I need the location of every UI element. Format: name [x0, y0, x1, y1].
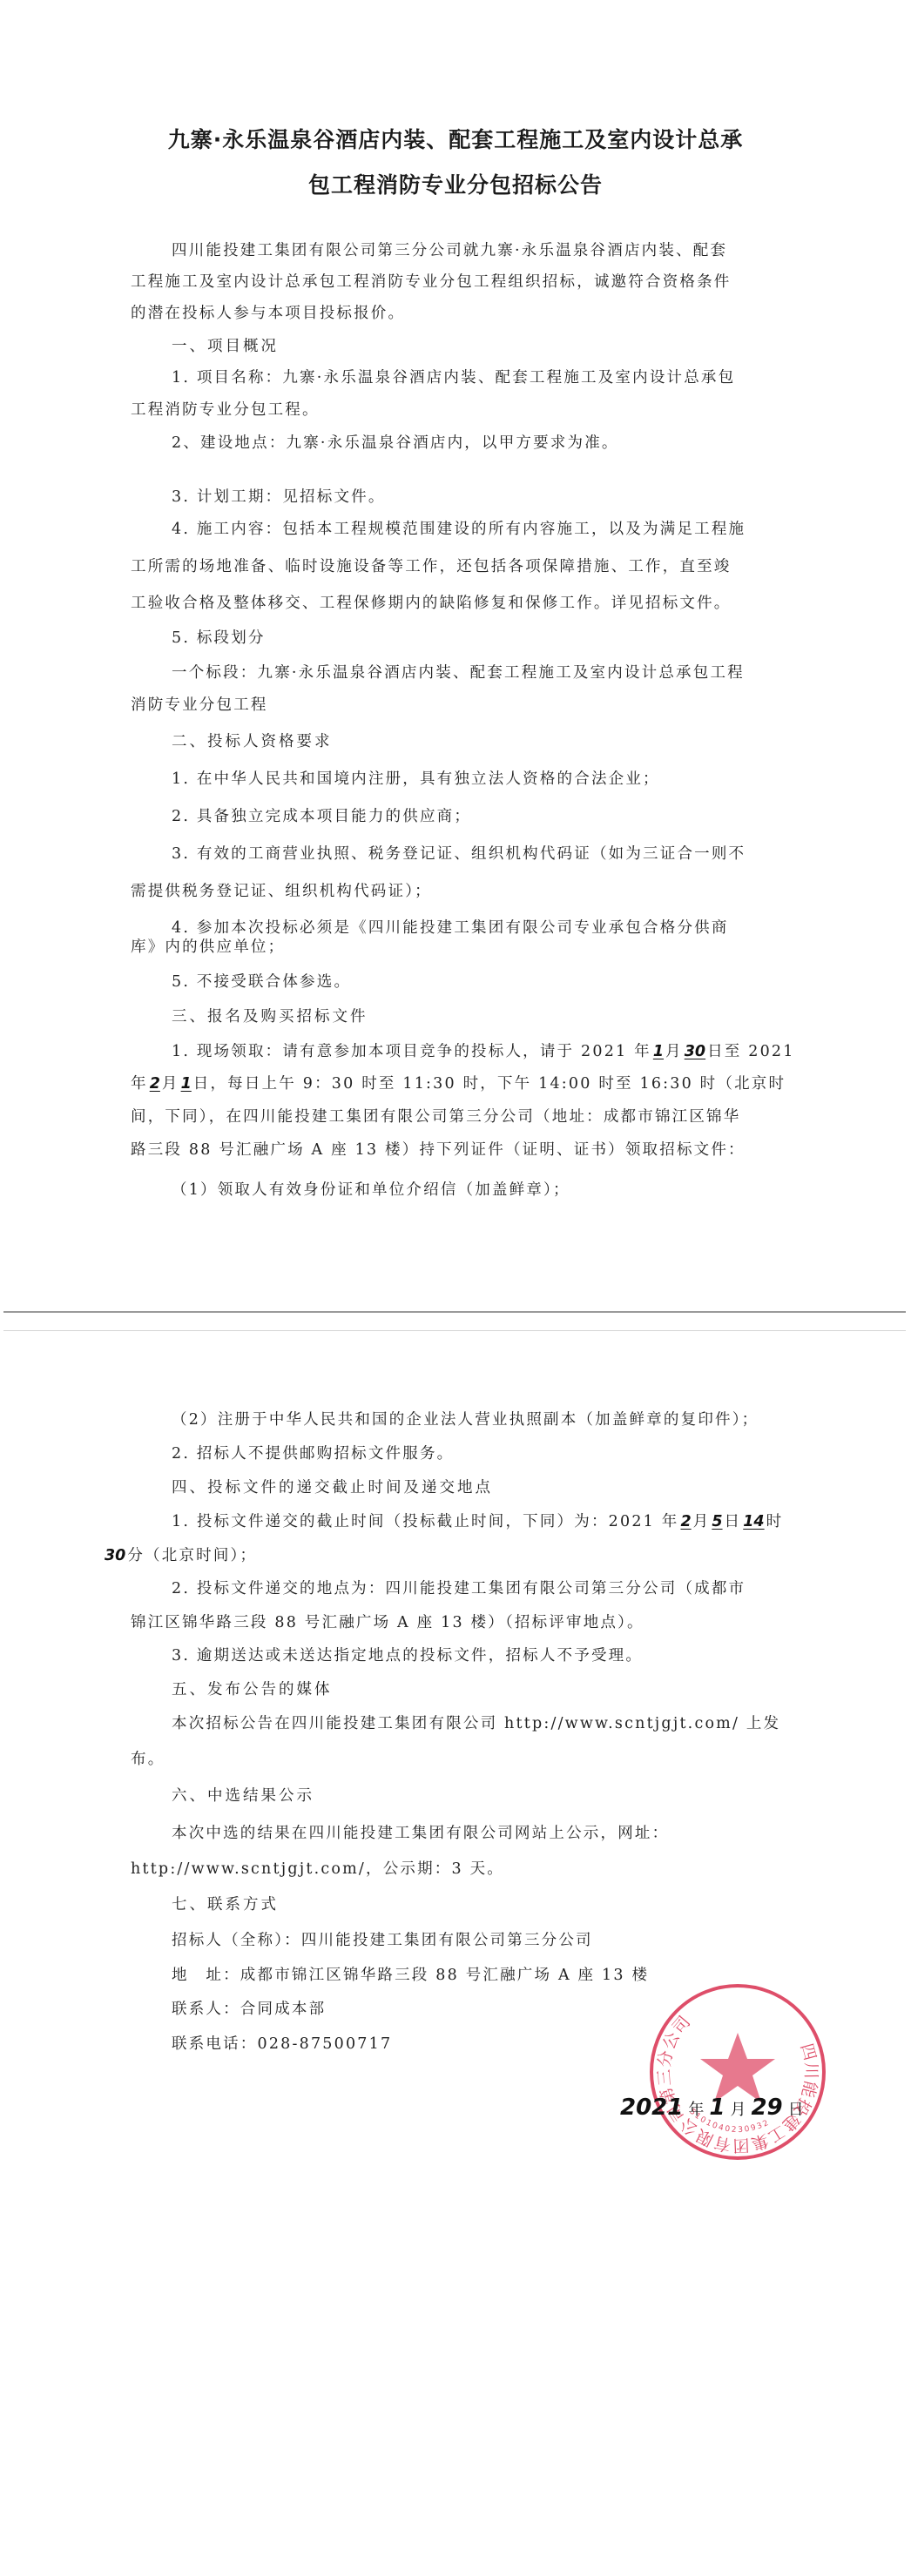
intro-line-1: 四川能投建工集团有限公司第三分公司就九寨·永乐温泉谷酒店内装、配套 [172, 240, 727, 261]
handwritten-year: 2021 [620, 2095, 683, 2121]
section-5-line-1: 本次招标公告在四川能投建工集团有限公司 http://www.scntjgjt.… [172, 1713, 780, 1734]
section-1-line: 消防专业分包工程 [131, 695, 268, 716]
section-3-item-1-line-1: 1. 现场领取：请有意参加本项目竞争的投标人，请于 2021 年1月30日至 2… [172, 1041, 795, 1062]
section-2-heading: 二、投标人资格要求 [172, 731, 333, 752]
handwritten-deadline-hour: 14 [741, 1513, 766, 1530]
section-3-item-2: 2. 招标人不提供邮购招标文件服务。 [172, 1443, 454, 1464]
section-1-line: 工所需的场地准备、临时设施设备等工作，还包括各项保障措施、工作，直至竣 [131, 556, 732, 577]
year-label: 年 [131, 1075, 148, 1093]
intro-line-2: 工程施工及室内设计总承包工程消防专业分包工程组织招标，诚邀符合资格条件 [131, 272, 732, 293]
handwritten-deadline-month: 2 [678, 1513, 692, 1530]
handwritten-month: 1 [709, 2095, 725, 2121]
section-3-heading: 三、报名及购买招标文件 [172, 1006, 368, 1027]
section-3-item-1-text: 日，每日上午 9：30 时至 11:30 时，下午 14:00 时至 16:30… [193, 1075, 786, 1093]
day-label: 日 [788, 2101, 804, 2119]
section-3-item-1-line-4: 路三段 88 号汇融广场 A 座 13 楼）持下列证件（证明、证书）领取招标文件… [131, 1140, 746, 1160]
section-1-line: 2、建设地点：九寨·永乐温泉谷酒店内，以甲方要求为准。 [172, 433, 619, 454]
contact-address: 地 址：成都市锦江区锦华路三段 88 号汇融广场 A 座 13 楼 [172, 1965, 649, 1986]
section-1-line: 4. 施工内容：包括本工程规模范围建设的所有内容施工，以及为满足工程施 [172, 519, 746, 540]
contact-person: 联系人：合同成本部 [172, 1999, 326, 2020]
document-page-1: 九寨·永乐温泉谷酒店内装、配套工程施工及室内设计总承 包工程消防专业分包招标公告… [0, 0, 911, 1306]
section-4-item-1-text: 1. 投标文件递交的截止时间（投标截止时间，下同）为：2021 年 [172, 1513, 678, 1530]
handwritten-day-start: 30 [683, 1043, 707, 1060]
handwritten-month-end: 2 [148, 1075, 162, 1093]
month-label: 月 [162, 1075, 179, 1093]
contact-tenderer: 招标人（全称）：四川能投建工集团有限公司第三分公司 [172, 1930, 593, 1951]
signature-date: 2021年1月29日 [620, 2095, 809, 2123]
month-label: 月 [693, 1513, 711, 1530]
section-2-line: 库》内的供应单位； [131, 937, 285, 958]
contact-phone: 联系电话：028-87500717 [172, 2034, 392, 2055]
handwritten-deadline-day: 5 [710, 1513, 724, 1530]
section-4-item-1-line-2: 30分（北京时间）； [103, 1545, 257, 1566]
month-label: 月 [665, 1043, 683, 1060]
section-3-item-1-line-2: 年2月1日，每日上午 9：30 时至 11:30 时，下午 14:00 时至 1… [131, 1073, 786, 1094]
section-1-line: 1. 项目名称：九寨·永乐温泉谷酒店内装、配套工程施工及室内设计总承包 [172, 367, 735, 388]
section-4-heading: 四、投标文件的递交截止时间及递交地点 [172, 1477, 493, 1498]
handwritten-day: 29 [751, 2095, 782, 2121]
month-label: 月 [730, 2101, 746, 2119]
section-1-line: 工验收合格及整体移交、工程保修期内的缺陷修复和保修工作。详见招标文件。 [131, 593, 732, 614]
handwritten-month-start: 1 [651, 1043, 665, 1060]
section-4-item-3: 3. 逾期送达或未送达指定地点的投标文件，招标人不予受理。 [172, 1645, 643, 1666]
section-2-line: 3. 有效的工商营业执照、税务登记证、组织机构代码证（如为三证合一则不 [172, 844, 746, 864]
section-6-heading: 六、中选结果公示 [172, 1786, 314, 1806]
section-6-line-2: http://www.scntjgjt.com/，公示期：3 天。 [131, 1859, 504, 1880]
section-1-line: 5. 标段划分 [172, 628, 266, 649]
section-3-item-1-sub-1: （1）领取人有效身份证和单位介绍信（加盖鲜章）； [172, 1180, 570, 1201]
document-title-line-1: 九寨·永乐温泉谷酒店内装、配套工程施工及室内设计总承 [0, 127, 911, 153]
document-title-line-2: 包工程消防专业分包招标公告 [0, 172, 911, 198]
section-3-item-1-text: 日至 2021 [707, 1043, 795, 1060]
section-2-line: 需提供税务登记证、组织机构代码证）； [131, 881, 432, 902]
section-1-line: 3. 计划工期：见招标文件。 [172, 487, 386, 508]
section-5-line-2: 布。 [131, 1749, 165, 1770]
section-4-item-1-line-1: 1. 投标文件递交的截止时间（投标截止时间，下同）为：2021 年2月5日14时 [172, 1511, 783, 1532]
page-separator-shadow [3, 1330, 906, 1331]
section-4-item-1-text: 分（北京时间）； [127, 1547, 257, 1564]
section-4-item-2-line-2: 锦江区锦华路三段 88 号汇融广场 A 座 13 楼）（招标评审地点）。 [131, 1612, 644, 1633]
section-6-line-1: 本次中选的结果在四川能投建工集团有限公司网站上公示，网址： [172, 1823, 669, 1844]
section-2-line: 4. 参加本次投标必须是《四川能投建工集团有限公司专业承包合格分供商 [172, 918, 729, 938]
section-4-item-2-line-1: 2. 投标文件递交的地点为：四川能投建工集团有限公司第三分公司（成都市 [172, 1578, 746, 1599]
day-label: 日 [725, 1513, 742, 1530]
handwritten-deadline-minute: 30 [103, 1547, 127, 1564]
section-2-line: 2. 具备独立完成本项目能力的供应商； [172, 806, 471, 827]
section-2-line: 5. 不接受联合体参选。 [172, 972, 351, 992]
section-2-line: 1. 在中华人民共和国境内注册，具有独立法人资格的合法企业； [172, 769, 660, 790]
year-label: 年 [688, 2101, 704, 2119]
section-1-line: 一个标段：九寨·永乐温泉谷酒店内装、配套工程施工及室内设计总承包工程 [172, 662, 745, 683]
official-seal-stamp-icon: 四川能投建工集团有限公司第三分公司 5101040230932 [648, 1982, 827, 2162]
handwritten-day-end: 1 [179, 1075, 193, 1093]
section-7-heading: 七、联系方式 [172, 1894, 279, 1915]
section-3-item-1-text: 1. 现场领取：请有意参加本项目竞争的投标人，请于 2021 年 [172, 1043, 651, 1060]
section-1-heading: 一、项目概况 [172, 336, 279, 357]
page-separator [3, 1311, 906, 1313]
section-1-line: 工程消防专业分包工程。 [131, 400, 320, 420]
section-3-item-1-line-3: 间，下同），在四川能投建工集团有限公司第三分公司（地址：成都市锦江区锦华 [131, 1106, 740, 1127]
hour-label: 时 [766, 1513, 784, 1530]
intro-line-3: 的潜在投标人参与本项目投标报价。 [131, 303, 405, 324]
document-page-2: （2）注册于中华人民共和国的企业法人营业执照副本（加盖鲜章的复印件）； 2. 招… [0, 1336, 911, 2576]
section-3-item-1-sub-2: （2）注册于中华人民共和国的企业法人营业执照副本（加盖鲜章的复印件）； [172, 1409, 759, 1430]
section-5-heading: 五、发布公告的媒体 [172, 1679, 333, 1700]
